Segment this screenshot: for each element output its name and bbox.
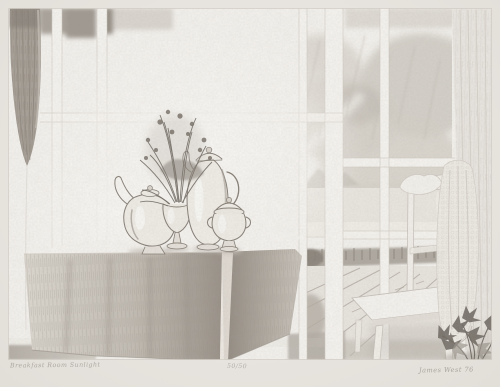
artwork-sheet: Breakfast Room Sunlight 50/50 James West… <box>0 0 500 387</box>
paper-mottle <box>8 8 492 360</box>
title-inscription: Breakfast Room Sunlight <box>10 362 101 370</box>
drawn-image <box>5 8 500 364</box>
edition-number-inscription: 50/50 <box>227 363 247 370</box>
artwork-illustration <box>0 0 500 387</box>
artist-signature-inscription: James West 76 <box>419 366 474 375</box>
